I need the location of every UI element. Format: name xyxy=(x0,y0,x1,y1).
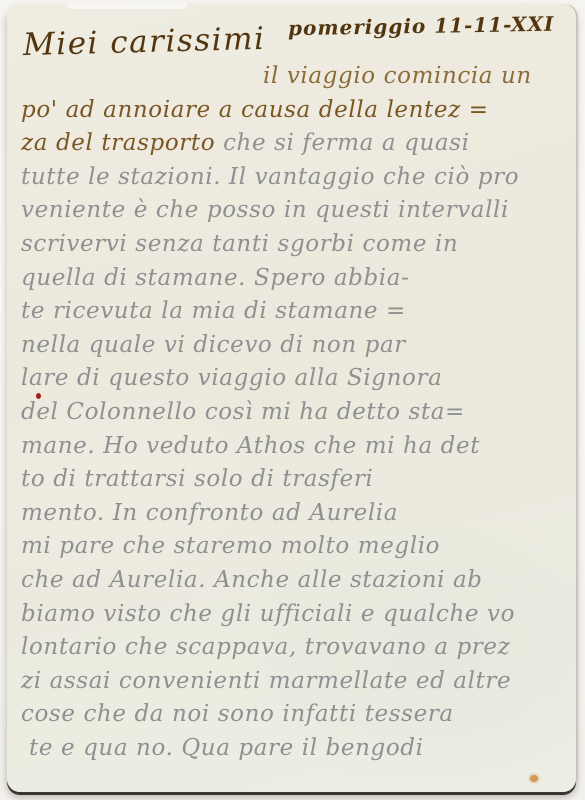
letter-line: mento. In confronto ad Aurelia xyxy=(21,497,568,531)
text-segment: po' ad annoiare a causa della lentez = xyxy=(21,97,489,123)
text-segment: za del trasporto xyxy=(21,130,223,156)
red-ink-stain xyxy=(36,393,41,399)
salutation: Miei carissimi xyxy=(23,21,266,63)
letter-line: quella di stamane. Spero abbia- xyxy=(21,262,568,296)
text-segment: che si ferma a quasi xyxy=(223,130,469,156)
text-segment: cose che da noi sono infatti tessera xyxy=(21,701,454,727)
letter-line: te ricevuta la mia di stamane = xyxy=(21,295,568,329)
text-segment: tutte le stazioni. Il vantaggio che ciò … xyxy=(21,164,519,190)
text-segment: mi pare che staremo molto meglio xyxy=(21,533,440,559)
letter-line: nella quale vi dicevo di non par xyxy=(21,329,568,363)
letter-line: scrivervi senza tanti sgorbi come in xyxy=(21,228,568,262)
letter-line: tutte le stazioni. Il vantaggio che ciò … xyxy=(21,161,568,195)
letter-line: del Colonnello così mi ha detto sta= xyxy=(21,396,568,430)
text-segment: zi assai convenienti marmellate ed altre xyxy=(21,668,511,694)
text-segment: lare di questo viaggio alla Signora xyxy=(21,365,442,391)
text-segment: nella quale vi dicevo di non par xyxy=(21,332,406,358)
text-segment: mane. Ho veduto Athos che mi ha det xyxy=(21,433,480,459)
letter-line: biamo visto che gli ufficiali e qualche … xyxy=(21,598,568,632)
letter: pomeriggio 11-11-XXI Miei carissimi il v… xyxy=(7,4,576,792)
letter-line: mi pare che staremo molto meglio xyxy=(21,530,568,564)
letter-line: lare di questo viaggio alla Signora xyxy=(21,362,568,396)
text-segment: scrivervi senza tanti sgorbi come in xyxy=(21,231,458,257)
letter-line: to di trattarsi solo di trasferi xyxy=(21,463,568,497)
letter-line: il viaggio comincia un xyxy=(263,60,568,94)
postcard: pomeriggio 11-11-XXI Miei carissimi il v… xyxy=(7,4,576,792)
rust-stain xyxy=(530,775,538,782)
text-segment: il viaggio comincia un xyxy=(263,63,532,89)
text-segment: te e qua no. Qua pare il bengodi xyxy=(29,735,424,761)
letter-body: il viaggio comincia unpo' ad annoiare a … xyxy=(21,60,568,765)
date-line: pomeriggio 11-11-XXI xyxy=(287,12,554,41)
text-segment: mento. In confronto ad Aurelia xyxy=(21,500,398,526)
text-segment: to di trattarsi solo di trasferi xyxy=(21,466,373,492)
letter-line: lontario che scappava, trovavano a prez xyxy=(21,631,568,665)
letter-line: che ad Aurelia. Anche alle stazioni ab xyxy=(21,564,568,598)
text-segment: te ricevuta la mia di stamane = xyxy=(21,298,406,324)
letter-line: cose che da noi sono infatti tessera xyxy=(21,698,568,732)
letter-line: po' ad annoiare a causa della lentez = xyxy=(21,94,568,128)
letter-line: veniente è che posso in questi intervall… xyxy=(21,194,568,228)
letter-line: zi assai convenienti marmellate ed altre xyxy=(21,665,568,699)
letter-line: za del trasporto che si ferma a quasi xyxy=(21,127,568,161)
text-segment: quella di stamane. Spero abbia- xyxy=(21,265,409,291)
letter-line: mane. Ho veduto Athos che mi ha det xyxy=(21,430,568,464)
text-segment: del Colonnello così mi ha detto sta= xyxy=(21,399,465,425)
text-segment: lontario che scappava, trovavano a prez xyxy=(21,634,510,660)
letter-line: te e qua no. Qua pare il bengodi xyxy=(29,732,568,766)
text-segment: veniente è che posso in questi intervall… xyxy=(21,197,509,223)
text-segment: che ad Aurelia. Anche alle stazioni ab xyxy=(21,567,483,593)
text-segment: biamo visto che gli ufficiali e qualche … xyxy=(21,601,515,627)
scan-background: pomeriggio 11-11-XXI Miei carissimi il v… xyxy=(0,0,585,800)
